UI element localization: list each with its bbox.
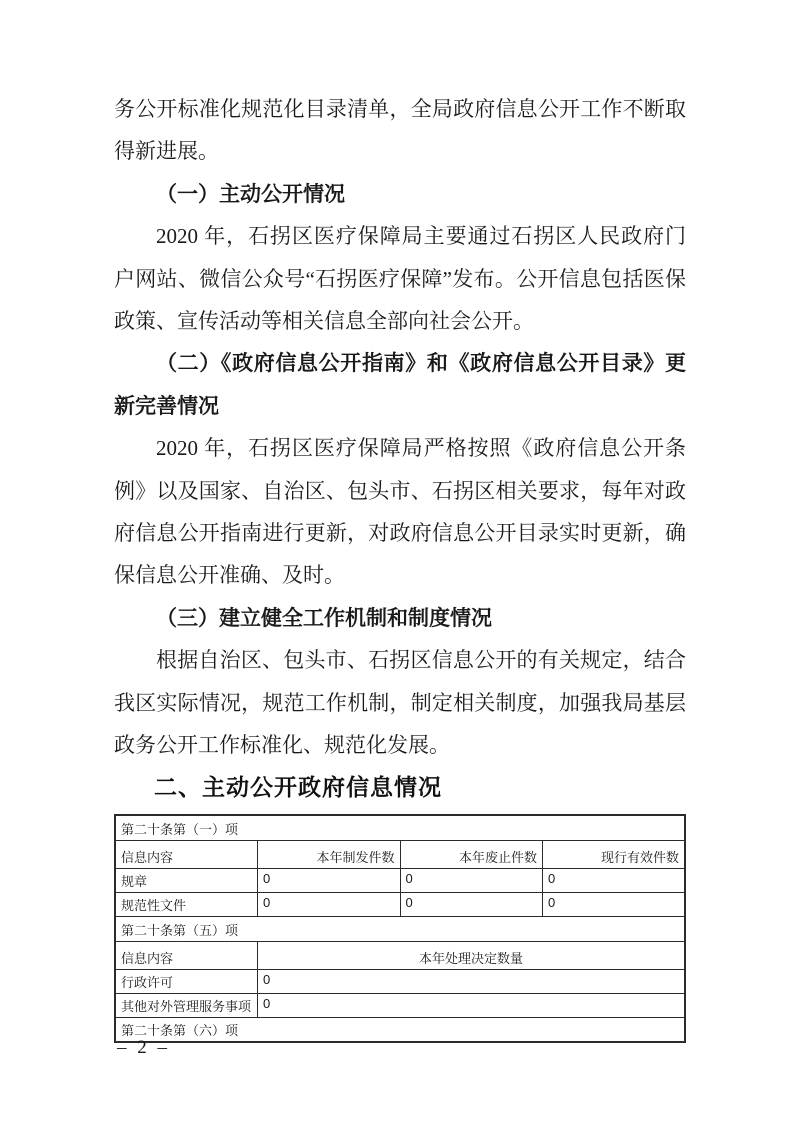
table-row-other-external-services: 其他对外管理服务事项 0 — [115, 993, 685, 1017]
column-header-decisions-this-year: 本年处理决定数量 — [258, 941, 686, 969]
column-header-currently-effective: 现行有效件数 — [543, 840, 686, 868]
column-header-repealed-this-year: 本年废止件数 — [400, 840, 543, 868]
value-other-external-services-decisions: 0 — [258, 993, 686, 1017]
section-title-article20-item6: 第二十条第（六）项 — [115, 1017, 685, 1042]
table-row-administrative-license: 行政许可 0 — [115, 969, 685, 993]
column-header-issued-this-year: 本年制发件数 — [258, 840, 401, 868]
document-page: 务公开标准化规范化目录清单，全局政府信息公开工作不断取得新进展。 （一）主动公开… — [0, 0, 793, 1122]
table-row-headers-item5: 信息内容 本年处理决定数量 — [115, 941, 685, 969]
paragraph-work-mechanism: 根据自治区、包头市、石拐区信息公开的有关规定，结合我区实际情况，规范工作机制，制… — [114, 639, 686, 766]
paragraph-guide-catalog-update: 2020 年，石拐区医疗保障局严格按照《政府信息公开条例》以及国家、自治区、包头… — [114, 427, 686, 597]
value-normative-issued: 0 — [258, 892, 401, 916]
document-content: 务公开标准化规范化目录清单，全局政府信息公开工作不断取得新进展。 （一）主动公开… — [114, 88, 686, 1043]
section-heading-3-work-mechanism: （三）建立健全工作机制和制度情况 — [114, 597, 686, 639]
main-heading-2-active-disclosure-info: 二、主动公开政府信息情况 — [114, 766, 686, 809]
value-regulations-repealed: 0 — [400, 868, 543, 892]
row-label-normative-documents: 规范性文件 — [115, 892, 258, 916]
section-title-article20-item5: 第二十条第（五）项 — [115, 916, 685, 941]
value-regulations-effective: 0 — [543, 868, 686, 892]
table-row-regulations: 规章 0 0 0 — [115, 868, 685, 892]
value-normative-repealed: 0 — [400, 892, 543, 916]
row-label-regulations: 规章 — [115, 868, 258, 892]
table-row-headers-item1: 信息内容 本年制发件数 本年废止件数 现行有效件数 — [115, 840, 685, 868]
column-header-info-content: 信息内容 — [115, 840, 258, 868]
table-row-normative-documents: 规范性文件 0 0 0 — [115, 892, 685, 916]
row-label-administrative-license: 行政许可 — [115, 969, 258, 993]
page-number: – 2 – — [117, 1037, 170, 1059]
paragraph-active-disclosure: 2020 年，石拐区医疗保障局主要通过石拐区人民政府门户网站、微信公众号“石拐医… — [114, 215, 686, 342]
table-row-section-title-item5: 第二十条第（五）项 — [115, 916, 685, 941]
paragraph-continued-from-previous-page: 务公开标准化规范化目录清单，全局政府信息公开工作不断取得新进展。 — [114, 88, 686, 173]
table-row-section-title-item6: 第二十条第（六）项 — [115, 1017, 685, 1042]
row-label-other-external-services: 其他对外管理服务事项 — [115, 993, 258, 1017]
disclosure-statistics-table: 第二十条第（一）项 信息内容 本年制发件数 本年废止件数 现行有效件数 规章 0… — [114, 814, 686, 1043]
section-heading-2-guide-catalog-update: （二）《政府信息公开指南》和《政府信息公开目录》更新完善情况 — [114, 342, 686, 427]
value-normative-effective: 0 — [543, 892, 686, 916]
section-heading-1-active-disclosure: （一）主动公开情况 — [114, 173, 686, 215]
table-row-section-title-item1: 第二十条第（一）项 — [115, 815, 685, 840]
section-title-article20-item1: 第二十条第（一）项 — [115, 815, 685, 840]
column-header-info-content-item5: 信息内容 — [115, 941, 258, 969]
value-regulations-issued: 0 — [258, 868, 401, 892]
value-administrative-license-decisions: 0 — [258, 969, 686, 993]
